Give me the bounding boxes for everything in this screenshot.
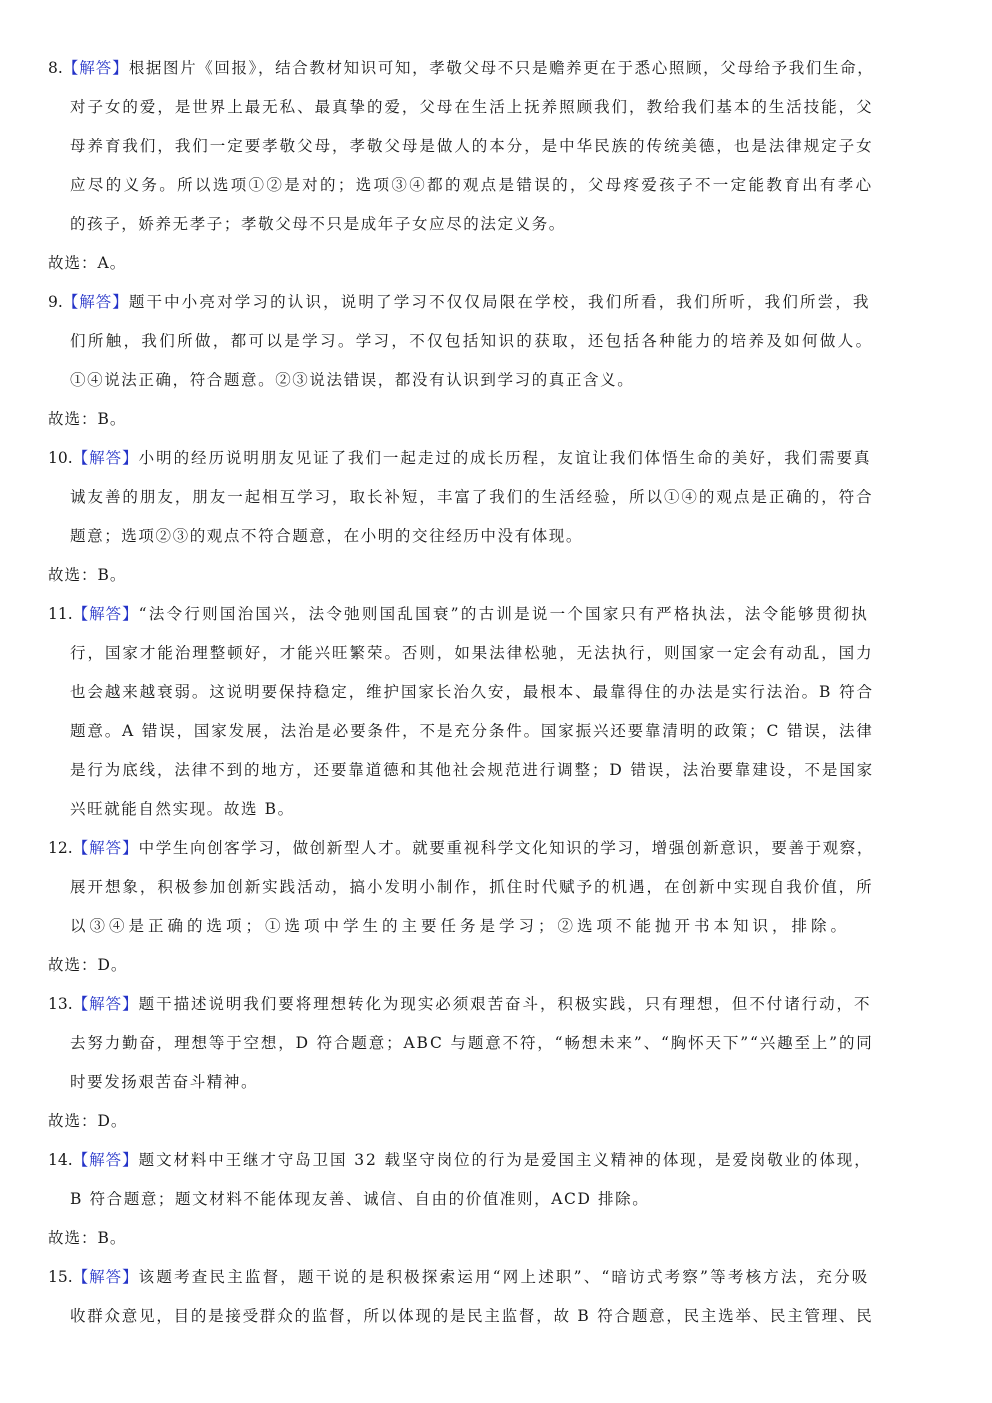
item-text: 根据图片《回报》，结合教材知识可知，孝敬父母不只是赡养更在于悉心照顾，父母给予我… <box>129 59 875 77</box>
item-line: ①④说法正确，符合题意。②③说法错误，都没有认识到学习的真正含义。 <box>70 370 634 390</box>
item-text: “法令行则国治国兴，法令弛则国乱国衰”的古训是说一个国家只有严格执法，法令能够贯… <box>139 605 869 623</box>
answer-choice: 故选：D。 <box>48 955 127 975</box>
item-line: 的孩子，娇养无孝子；孝敬父母不只是成年子女应尽的法定义务。 <box>70 214 566 234</box>
item-first-line: 8.【解答】根据图片《回报》，结合教材知识可知，孝敬父母不只是赡养更在于悉心照顾… <box>48 58 874 78</box>
item-first-line: 12.【解答】中学生向创客学习，做创新型人才。就要重视科学文化知识的学习，增强创… <box>48 838 874 858</box>
answer-choice: 故选：A。 <box>48 253 126 273</box>
answer-tag: 【解答】 <box>73 449 139 467</box>
item-line: 收群众意见，目的是接受群众的监督，所以体现的是民主监督，故 B 符合题意，民主选… <box>70 1306 874 1326</box>
answer-choice: 故选：B。 <box>48 409 126 429</box>
item-first-line: 15.【解答】该题考查民主监督，题干说的是积极探索运用“网上述职”、“暗访式考察… <box>48 1267 869 1287</box>
answer-tag: 【解答】 <box>63 59 129 77</box>
item-line: 们所触，我们所做，都可以是学习。学习，不仅包括知识的获取，还包括各种能力的培养及… <box>70 331 874 351</box>
item-line: 展开想象，积极参加创新实践活动，搞小发明小制作，抓住时代赋予的机遇，在创新中实现… <box>70 877 874 897</box>
answer-tag: 【解答】 <box>73 1268 139 1286</box>
item-line: 题意；选项②③的观点不符合题意，在小明的交往经历中没有体现。 <box>70 526 583 546</box>
answer-choice: 故选：D。 <box>48 1111 127 1131</box>
item-line: 去努力勤奋，理想等于空想，D 符合题意；ABC 与题意不符，“畅想未来”、“胸怀… <box>70 1033 874 1053</box>
item-text: 该题考查民主监督，题干说的是积极探索运用“网上述职”、“暗访式考察”等考核方法，… <box>139 1268 870 1286</box>
item-number: 13. <box>48 995 73 1013</box>
item-number: 11. <box>48 605 73 623</box>
answer-choice: 故选：B。 <box>48 565 126 585</box>
item-number: 14. <box>48 1151 73 1169</box>
item-line: 时要发扬艰苦奋斗精神。 <box>70 1072 258 1092</box>
answer-tag: 【解答】 <box>73 995 139 1013</box>
item-line: 兴旺就能自然实现。故选 B。 <box>70 799 295 819</box>
item-line: 题意。A 错误，国家发展，法治是必要条件，不是充分条件。国家振兴还要靠清明的政策… <box>70 721 874 741</box>
item-first-line: 10.【解答】小明的经历说明朋友见证了我们一起走过的成长历程，友谊让我们体悟生命… <box>48 448 871 468</box>
item-line: 也会越来越衰弱。这说明要保持稳定，维护国家长治久安，最根本、最靠得住的办法是实行… <box>70 682 874 702</box>
item-text: 中学生向创客学习，做创新型人才。就要重视科学文化知识的学习，增强创新意识，要善于… <box>139 839 874 857</box>
item-text: 小明的经历说明朋友见证了我们一起走过的成长历程，友谊让我们体悟生命的美好，我们需… <box>139 449 872 467</box>
item-text: 题干描述说明我们要将理想转化为现实必须艰苦奋斗，积极实践，只有理想，但不付诸行动… <box>139 995 872 1013</box>
item-line: B 符合题意；题文材料不能体现友善、诚信、自由的价值准则，ACD 排除。 <box>70 1189 649 1209</box>
item-line: 以③④是正确的选项；①选项中学生的主要任务是学习；②选项不能抛开书本知识，排除。 <box>70 916 850 936</box>
answer-tag: 【解答】 <box>63 293 129 311</box>
answer-tag: 【解答】 <box>73 1151 139 1169</box>
item-text: 题文材料中王继才守岛卫国 32 载坚守岗位的行为是爱国主义精神的体现，是爱岗敬业… <box>139 1151 872 1169</box>
item-line: 诚友善的朋友，朋友一起相互学习，取长补短，丰富了我们的生活经验，所以①④的观点是… <box>70 487 874 507</box>
item-line: 应尽的义务。所以选项①②是对的；选项③④都的观点是错误的，父母疼爱孩子不一定能教… <box>70 175 874 195</box>
answer-choice: 故选：B。 <box>48 1228 126 1248</box>
item-number: 8. <box>48 59 63 77</box>
item-number: 9. <box>48 293 63 311</box>
answer-tag: 【解答】 <box>73 839 139 857</box>
item-line: 是行为底线，法律不到的地方，还要靠道德和其他社会规范进行调整；D 错误，法治要靠… <box>70 760 874 780</box>
item-number: 12. <box>48 839 73 857</box>
item-line: 母养育我们，我们一定要孝敬父母，孝敬父母是做人的本分，是中华民族的传统美德，也是… <box>70 136 874 156</box>
item-first-line: 14.【解答】题文材料中王继才守岛卫国 32 载坚守岗位的行为是爱国主义精神的体… <box>48 1150 872 1170</box>
item-first-line: 13.【解答】题干描述说明我们要将理想转化为现实必须艰苦奋斗，积极实践，只有理想… <box>48 994 871 1014</box>
answer-tag: 【解答】 <box>73 605 139 623</box>
item-first-line: 9.【解答】题干中小亮对学习的认识，说明了学习不仅仅局限在学校，我们所看，我们所… <box>48 292 871 312</box>
item-number: 10. <box>48 449 73 467</box>
item-text: 题干中小亮对学习的认识，说明了学习不仅仅局限在学校，我们所看，我们所听，我们所尝… <box>129 293 871 311</box>
item-first-line: 11.【解答】“法令行则国治国兴，法令弛则国乱国衰”的古训是说一个国家只有严格执… <box>48 604 869 624</box>
item-line: 行，国家才能治理整顿好，才能兴旺繁荣。否则，如果法律松驰，无法执行，则国家一定会… <box>70 643 874 663</box>
item-line: 对子女的爱，是世界上最无私、最真挚的爱，父母在生活上抚养照顾我们，教给我们基本的… <box>70 97 874 117</box>
item-number: 15. <box>48 1268 73 1286</box>
